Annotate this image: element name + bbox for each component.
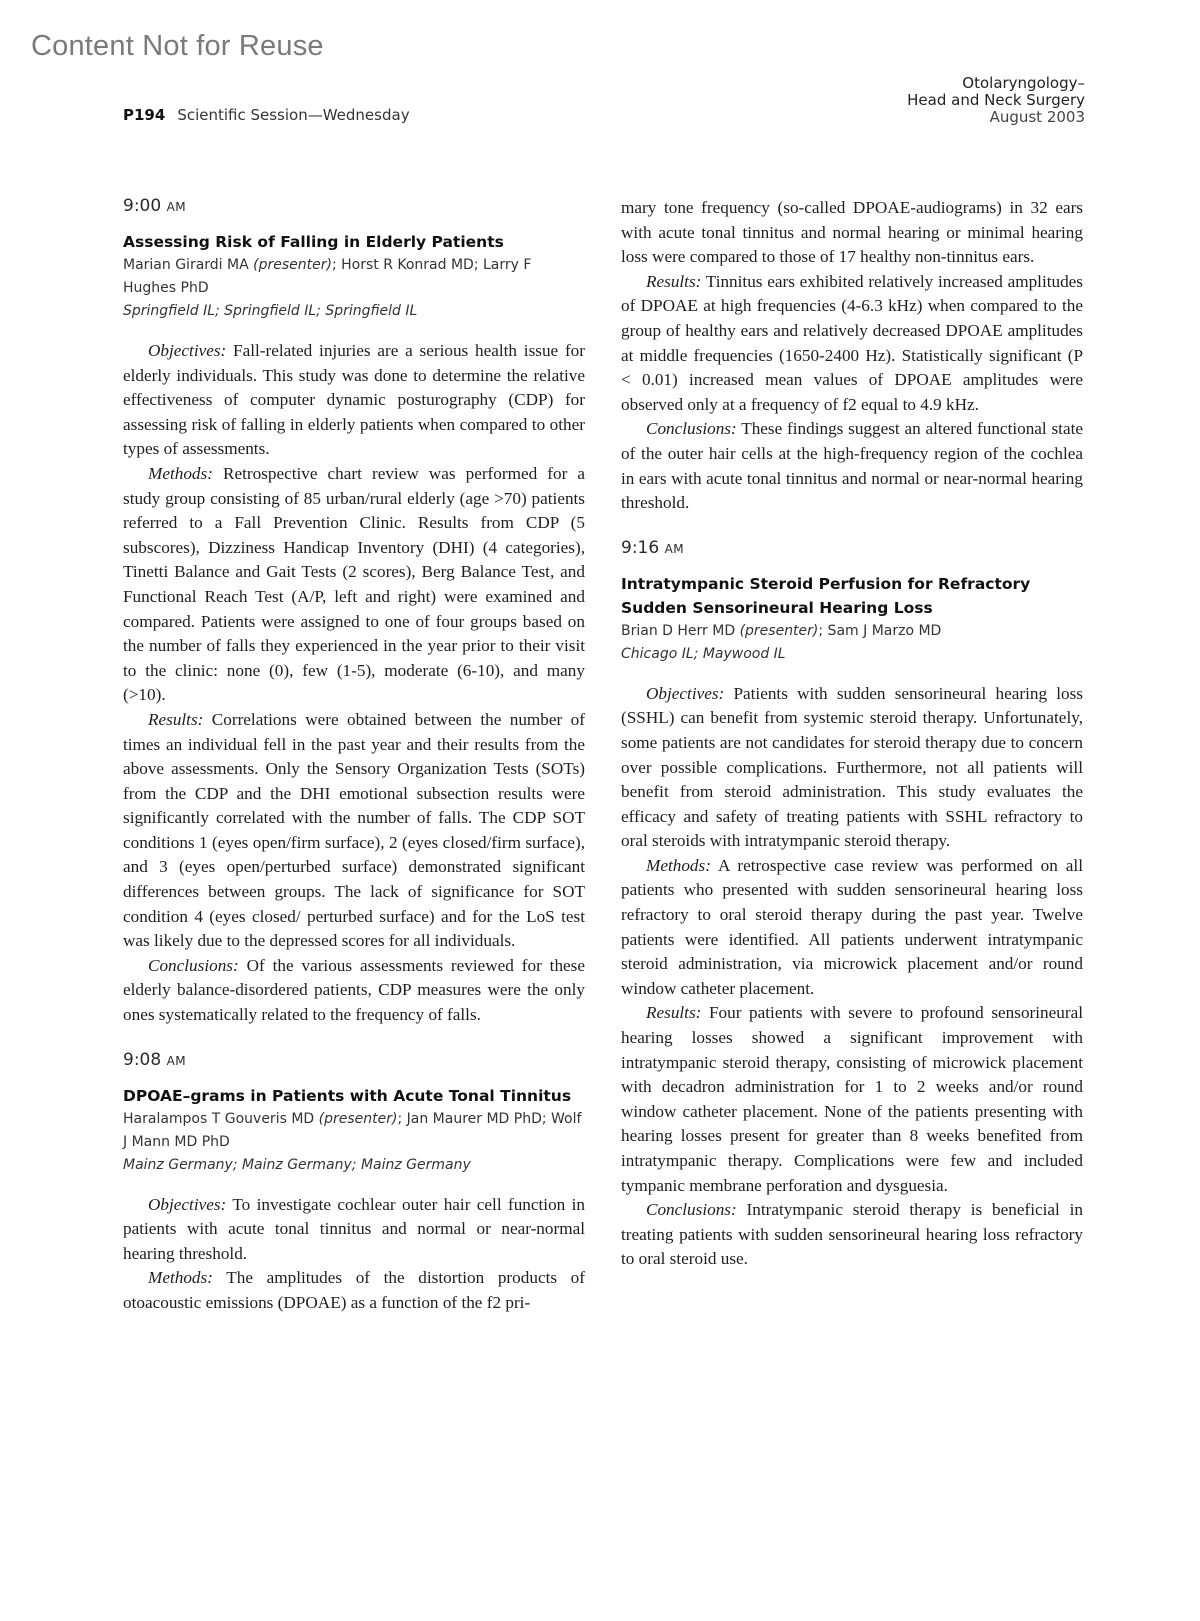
abstract-affiliations: Springfield IL; Springfield IL; Springfi…: [123, 300, 585, 323]
abstract-2: 9:08 AM DPOAE–grams in Patients with Acu…: [123, 1050, 585, 1316]
session-time: 9:00 AM: [123, 196, 585, 216]
methods-paragraph-continued: mary tone frequency (so-called DPOAE-aud…: [621, 196, 1083, 270]
journal-name-line2: Head and Neck Surgery: [907, 92, 1085, 109]
session-time: 9:16 AM: [621, 538, 1083, 558]
column-right: mary tone frequency (so-called DPOAE-aud…: [621, 196, 1083, 1272]
column-left: 9:00 AM Assessing Risk of Falling in Eld…: [123, 196, 585, 1316]
conclusions-paragraph: Conclusions: Intratympanic steroid thera…: [621, 1198, 1083, 1272]
abstract-authors: Marian Girardi MA (presenter); Horst R K…: [123, 254, 585, 300]
methods-paragraph-start: Methods: The amplitudes of the distortio…: [123, 1266, 585, 1315]
abstract-title: Assessing Risk of Falling in Elderly Pat…: [123, 230, 585, 254]
abstract-title: DPOAE–grams in Patients with Acute Tonal…: [123, 1084, 585, 1108]
objectives-paragraph: Objectives: Patients with sudden sensori…: [621, 682, 1083, 854]
abstract-authors: Brian D Herr MD (presenter); Sam J Marzo…: [621, 620, 1083, 643]
results-paragraph: Results: Correlations were obtained betw…: [123, 708, 585, 954]
abstract-3: 9:16 AM Intratympanic Steroid Perfusion …: [621, 538, 1083, 1272]
journal-name-line1: Otolaryngology–: [907, 75, 1085, 92]
methods-paragraph: Methods: Retrospective chart review was …: [123, 462, 585, 708]
results-paragraph: Results: Four patients with severe to pr…: [621, 1001, 1083, 1198]
objectives-paragraph: Objectives: Fall-related injuries are a …: [123, 339, 585, 462]
methods-paragraph: Methods: A retrospective case review was…: [621, 854, 1083, 1002]
abstract-affiliations: Chicago IL; Maywood IL: [621, 643, 1083, 666]
running-header-right: Otolaryngology– Head and Neck Surgery Au…: [907, 75, 1085, 126]
abstract-title: Intratympanic Steroid Perfusion for Refr…: [621, 572, 1083, 620]
running-header-left: P194Scientific Session—Wednesday: [123, 106, 410, 124]
objectives-paragraph: Objectives: To investigate cochlear oute…: [123, 1193, 585, 1267]
conclusions-paragraph: Conclusions: These findings suggest an a…: [621, 417, 1083, 515]
session-time: 9:08 AM: [123, 1050, 585, 1070]
abstract-1: 9:00 AM Assessing Risk of Falling in Eld…: [123, 196, 585, 1028]
watermark: Content Not for Reuse: [31, 30, 324, 63]
section-name: Scientific Session—Wednesday: [177, 106, 409, 124]
issue-date: August 2003: [907, 109, 1085, 126]
results-paragraph: Results: Tinnitus ears exhibited relativ…: [621, 270, 1083, 418]
abstract-2-continued: mary tone frequency (so-called DPOAE-aud…: [621, 196, 1083, 516]
abstract-affiliations: Mainz Germany; Mainz Germany; Mainz Germ…: [123, 1154, 585, 1177]
abstract-authors: Haralampos T Gouveris MD (presenter); Ja…: [123, 1108, 585, 1154]
page-number: P194: [123, 106, 165, 124]
conclusions-paragraph: Conclusions: Of the various assessments …: [123, 954, 585, 1028]
